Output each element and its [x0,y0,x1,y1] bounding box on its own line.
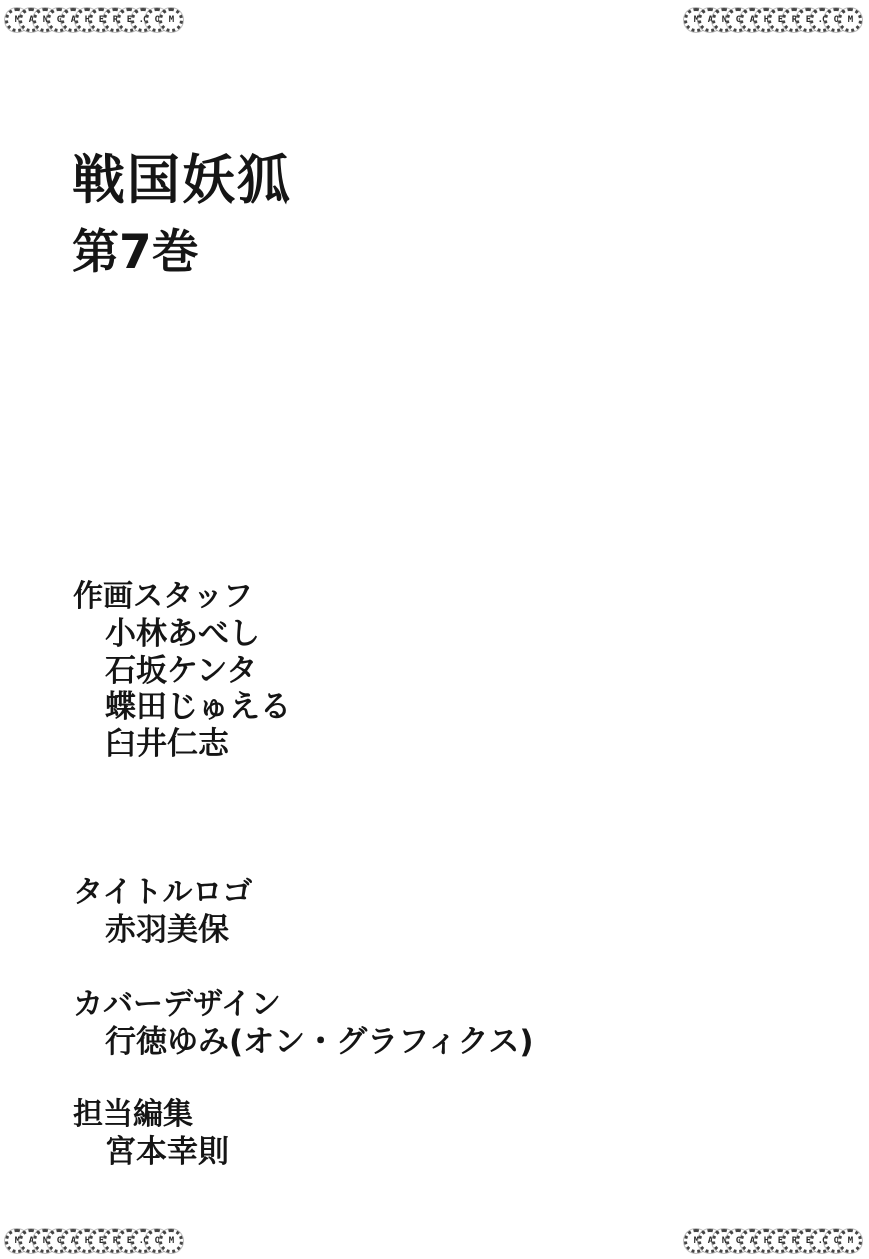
credit-section-title-logo: タイトルロゴ 赤羽美保 [73,874,252,949]
credit-role-title-logo: タイトルロゴ [73,874,252,912]
watermark-mangahere-top-left: MANGAHERE.COM [5,8,183,32]
credit-name: 蝶田じゅえる [105,689,291,726]
credit-section-editor: 担当編集 宮本幸則 [73,1096,229,1171]
watermark-letter-badge: M [838,8,862,32]
watermark-letter-badge: M [159,8,183,32]
credit-role-art-staff: 作画スタッフ [73,578,291,616]
watermark-mangahere-top-right: MANGAHERE.COM [684,8,862,32]
watermark-mangahere-bottom-right: MANGAHERE.COM [684,1229,862,1253]
credit-name: 赤羽美保 [105,912,252,949]
credit-section-cover-design: カバーデザイン 行徳ゆみ(オン・グラフィクス) [73,986,534,1061]
volume-number: 第7巻 [72,226,292,280]
credit-name: 小林あべし [105,616,291,653]
credit-section-art-staff: 作画スタッフ 小林あべし 石坂ケンタ 蝶田じゅえる 臼井仁志 [73,578,291,762]
title-block: 戦国妖狐 第7巻 [72,150,292,280]
credit-role-cover-design: カバーデザイン [73,986,534,1024]
credit-name: 石坂ケンタ [105,653,291,690]
series-title: 戦国妖狐 [72,150,292,212]
credit-names-cover-design: 行徳ゆみ(オン・グラフィクス) [105,1024,534,1061]
credit-name: 宮本幸則 [105,1134,229,1171]
credit-names-editor: 宮本幸則 [105,1134,229,1171]
credit-names-title-logo: 赤羽美保 [105,912,252,949]
credit-names-art-staff: 小林あべし 石坂ケンタ 蝶田じゅえる 臼井仁志 [105,616,291,762]
credit-name: 臼井仁志 [105,726,291,763]
credit-role-editor: 担当編集 [73,1096,229,1134]
watermark-mangahere-bottom-left: MANGAHERE.COM [5,1229,183,1253]
watermark-letter-badge: M [159,1229,183,1253]
watermark-letter-badge: M [838,1229,862,1253]
credit-name: 行徳ゆみ(オン・グラフィクス) [105,1024,534,1061]
manga-credits-page: MANGAHERE.COM MANGAHERE.COM 戦国妖狐 第7巻 作画ス… [0,0,869,1259]
